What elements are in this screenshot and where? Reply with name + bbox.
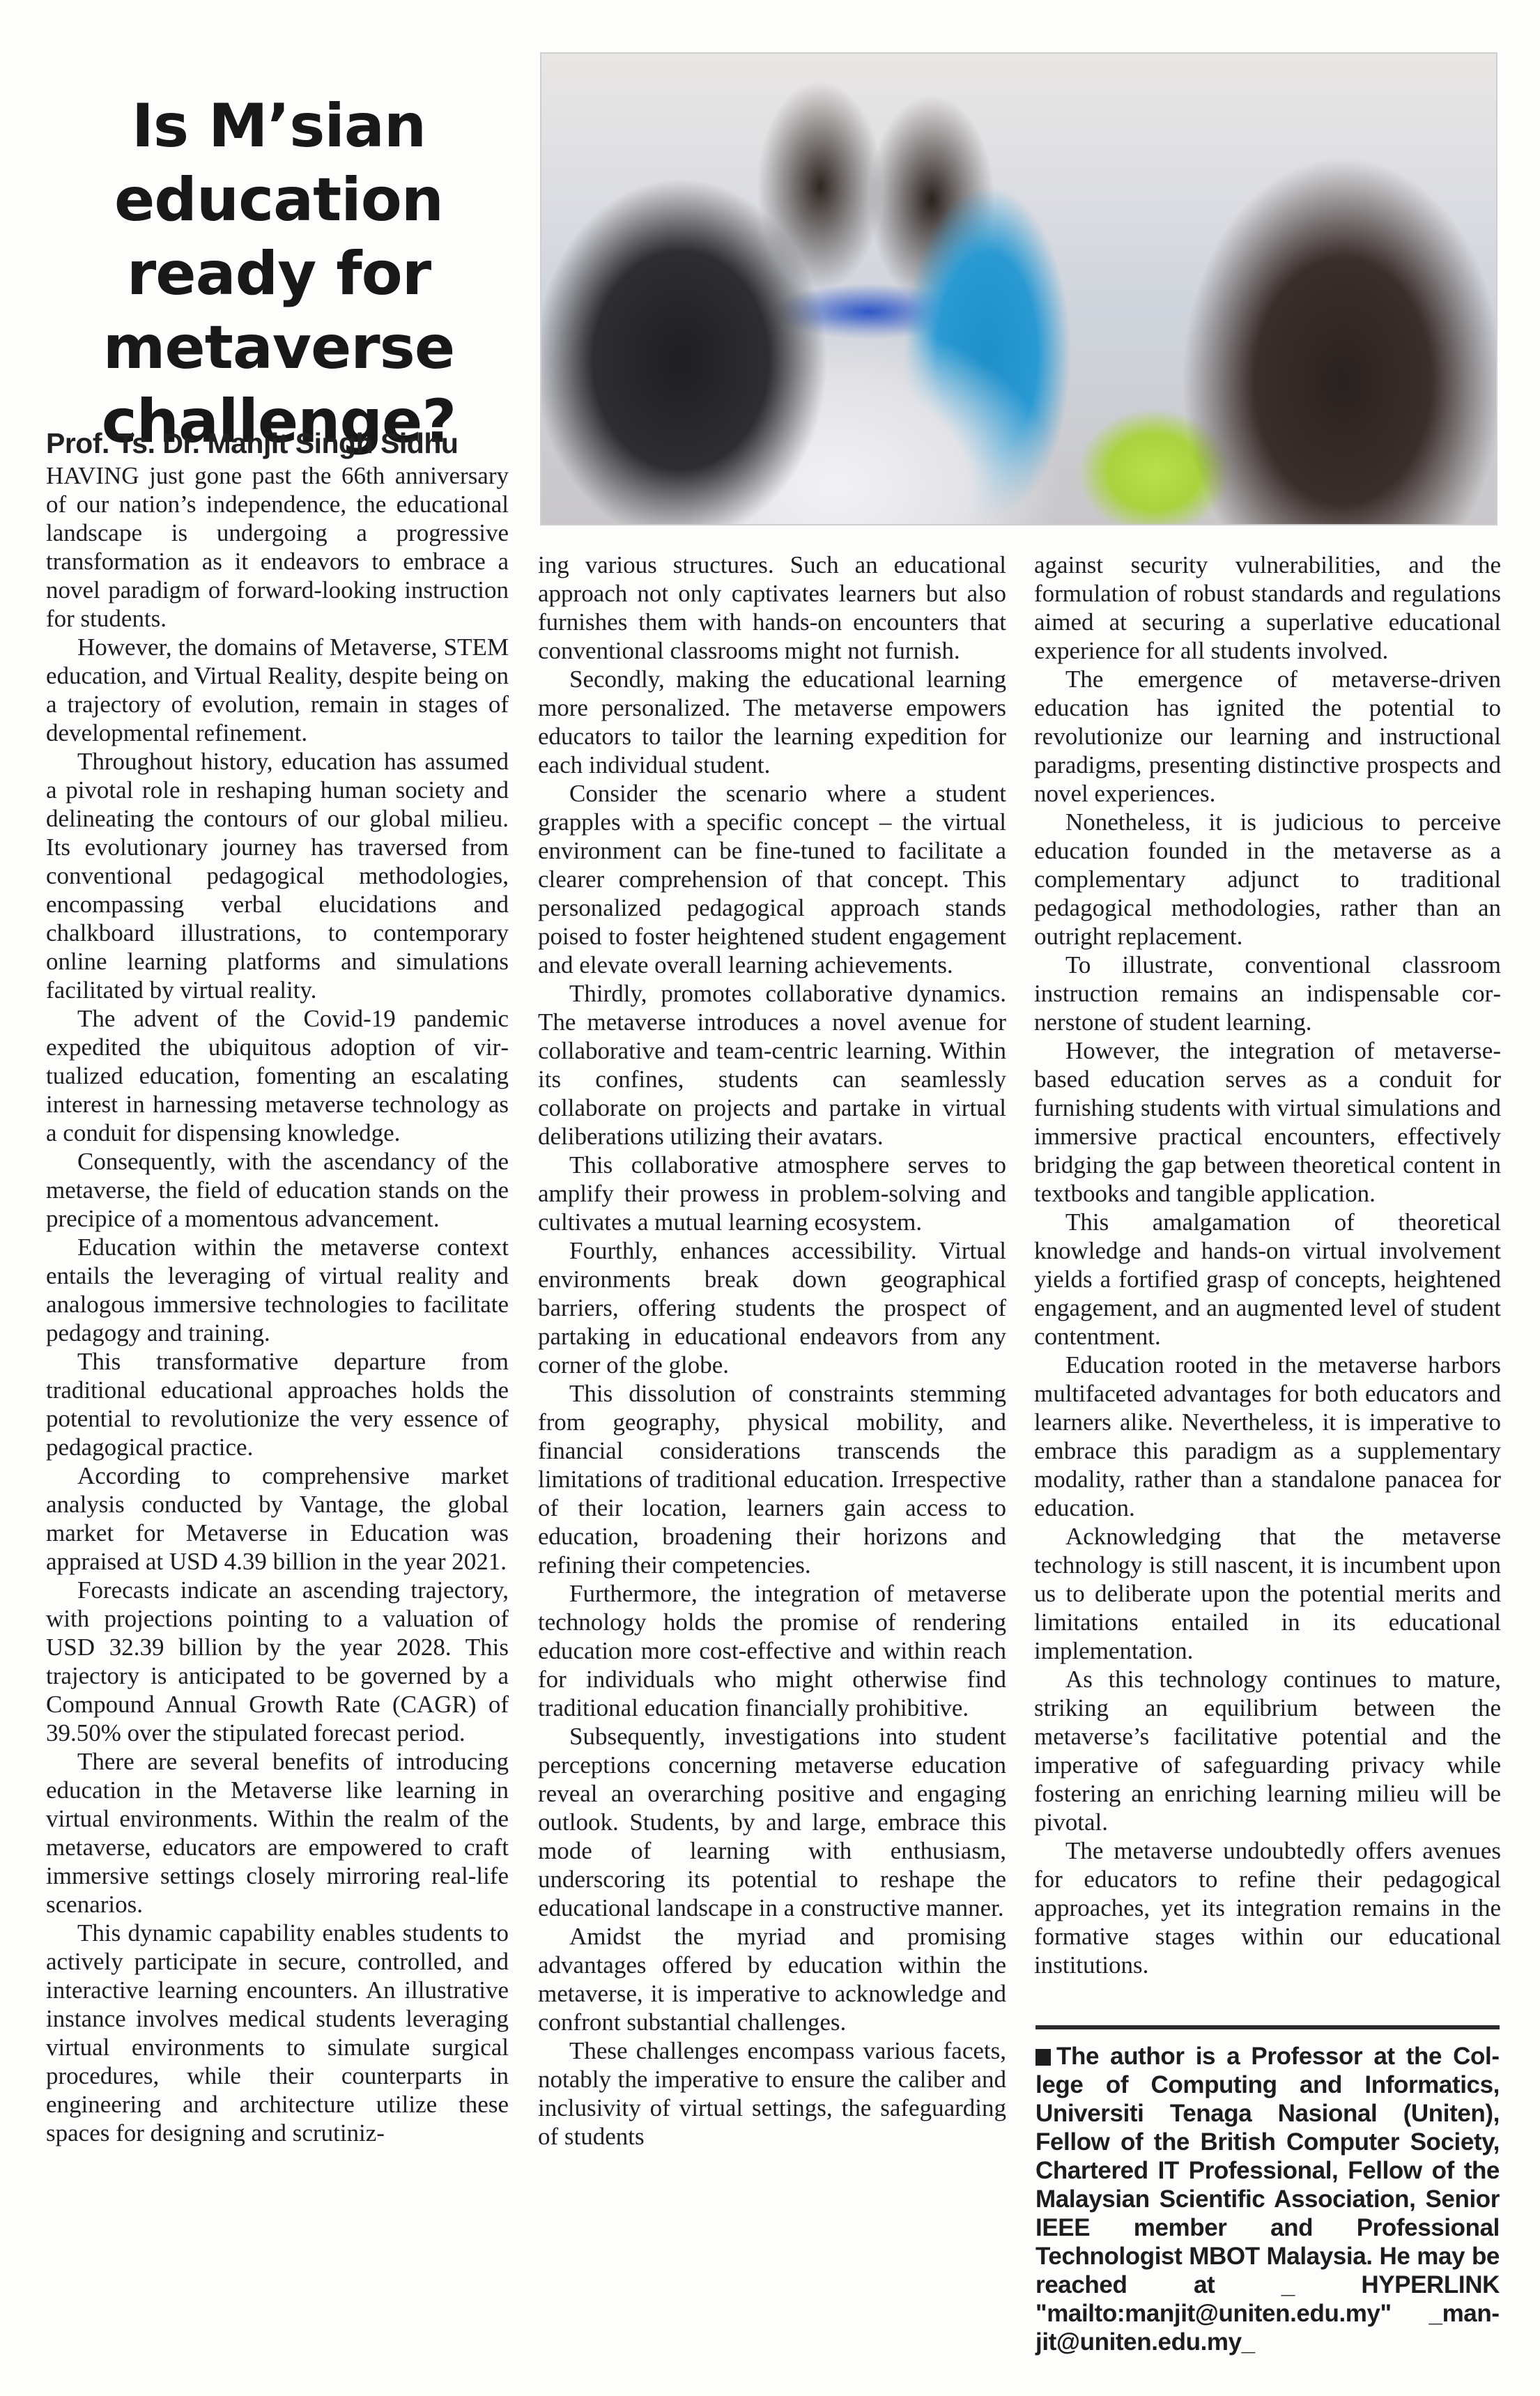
paragraph: There are several benefits of introduc­i… — [46, 1747, 509, 1919]
paragraph: Furthermore, the integration of meta­ver… — [538, 1579, 1006, 1722]
headline-line: education — [42, 163, 516, 237]
author-note-text: The author is a Professor at the Col­leg… — [1035, 2043, 1500, 2356]
paragraph: The advent of the Covid-19 pandemic expe… — [46, 1004, 509, 1147]
paragraph: Subsequently, investigations into stu­de… — [538, 1722, 1006, 1922]
paragraph: Acknowledging that the metaverse technol… — [1034, 1522, 1501, 1665]
square-bullet-icon — [1035, 2049, 1051, 2066]
paragraph: against security vulnerabilities, and th… — [1034, 551, 1501, 665]
paragraph: Consequently, with the ascendancy of the… — [46, 1147, 509, 1233]
article-column-3: against security vulnerabilities, and th… — [1034, 551, 1501, 1979]
author-note: The author is a Professor at the Col­leg… — [1035, 2042, 1500, 2356]
paragraph: This dissolution of constraints stem­min… — [538, 1379, 1006, 1579]
paragraph: However, the integration of meta­verse-b… — [1034, 1036, 1501, 1208]
paragraph: ing various structures. Such an educa­ti… — [538, 551, 1006, 665]
byline: Prof. Ts. Dr. Manjit Singh Sidhu — [46, 427, 520, 460]
paragraph: Consider the scenario where a student gr… — [538, 779, 1006, 979]
author-divider — [1035, 2025, 1500, 2029]
paragraph: This amalgamation of theoretical knowled… — [1034, 1208, 1501, 1351]
paragraph: However, the domains of Metaverse, STEM … — [46, 633, 509, 747]
paragraph: Thirdly, promotes collaborative dynamics… — [538, 979, 1006, 1151]
paragraph: Forecasts indicate an ascending trajec­t… — [46, 1576, 509, 1747]
paragraph: Secondly, making the educational learnin… — [538, 665, 1006, 779]
paragraph: The emergence of metaverse-driven educat… — [1034, 665, 1501, 808]
paragraph: This dynamic capability enables stu­dent… — [46, 1919, 509, 2147]
headline-line: ready for — [42, 237, 516, 311]
headline-line: Is M’sian — [42, 89, 516, 163]
paragraph: These challenges encompass various facet… — [538, 2036, 1006, 2151]
paragraph: HAVING just gone past the 66th anniver­s… — [46, 461, 509, 633]
paragraph: The metaverse undoubtedly offers avenues… — [1034, 1836, 1501, 1979]
paragraph: Amidst the myriad and promising advantag… — [538, 1922, 1006, 2036]
paragraph: Fourthly, enhances accessibility. Vir­tu… — [538, 1236, 1006, 1379]
paragraph: Throughout history, education has assume… — [46, 747, 509, 1004]
paragraph: Education rooted in the metaverse har­bo… — [1034, 1351, 1501, 1522]
article-column-2: ing various structures. Such an educa­ti… — [538, 551, 1006, 2151]
paragraph: This transformative departure from tradi… — [46, 1347, 509, 1461]
paragraph: This collaborative atmosphere serves to … — [538, 1151, 1006, 1236]
article-column-1: HAVING just gone past the 66th anniver­s… — [46, 461, 509, 2147]
paragraph: According to comprehensive market analys… — [46, 1461, 509, 1576]
headline: Is M’sian education ready for metaverse … — [42, 89, 516, 459]
paragraph: As this technology continues to mature, … — [1034, 1665, 1501, 1836]
headline-line: metaverse — [42, 311, 516, 385]
paragraph: To illustrate, conventional classroom in… — [1034, 951, 1501, 1036]
classroom-photo — [540, 52, 1497, 525]
paragraph: Nonetheless, it is judicious to perceive… — [1034, 808, 1501, 951]
paragraph: Education within the metaverse con­text … — [46, 1233, 509, 1347]
